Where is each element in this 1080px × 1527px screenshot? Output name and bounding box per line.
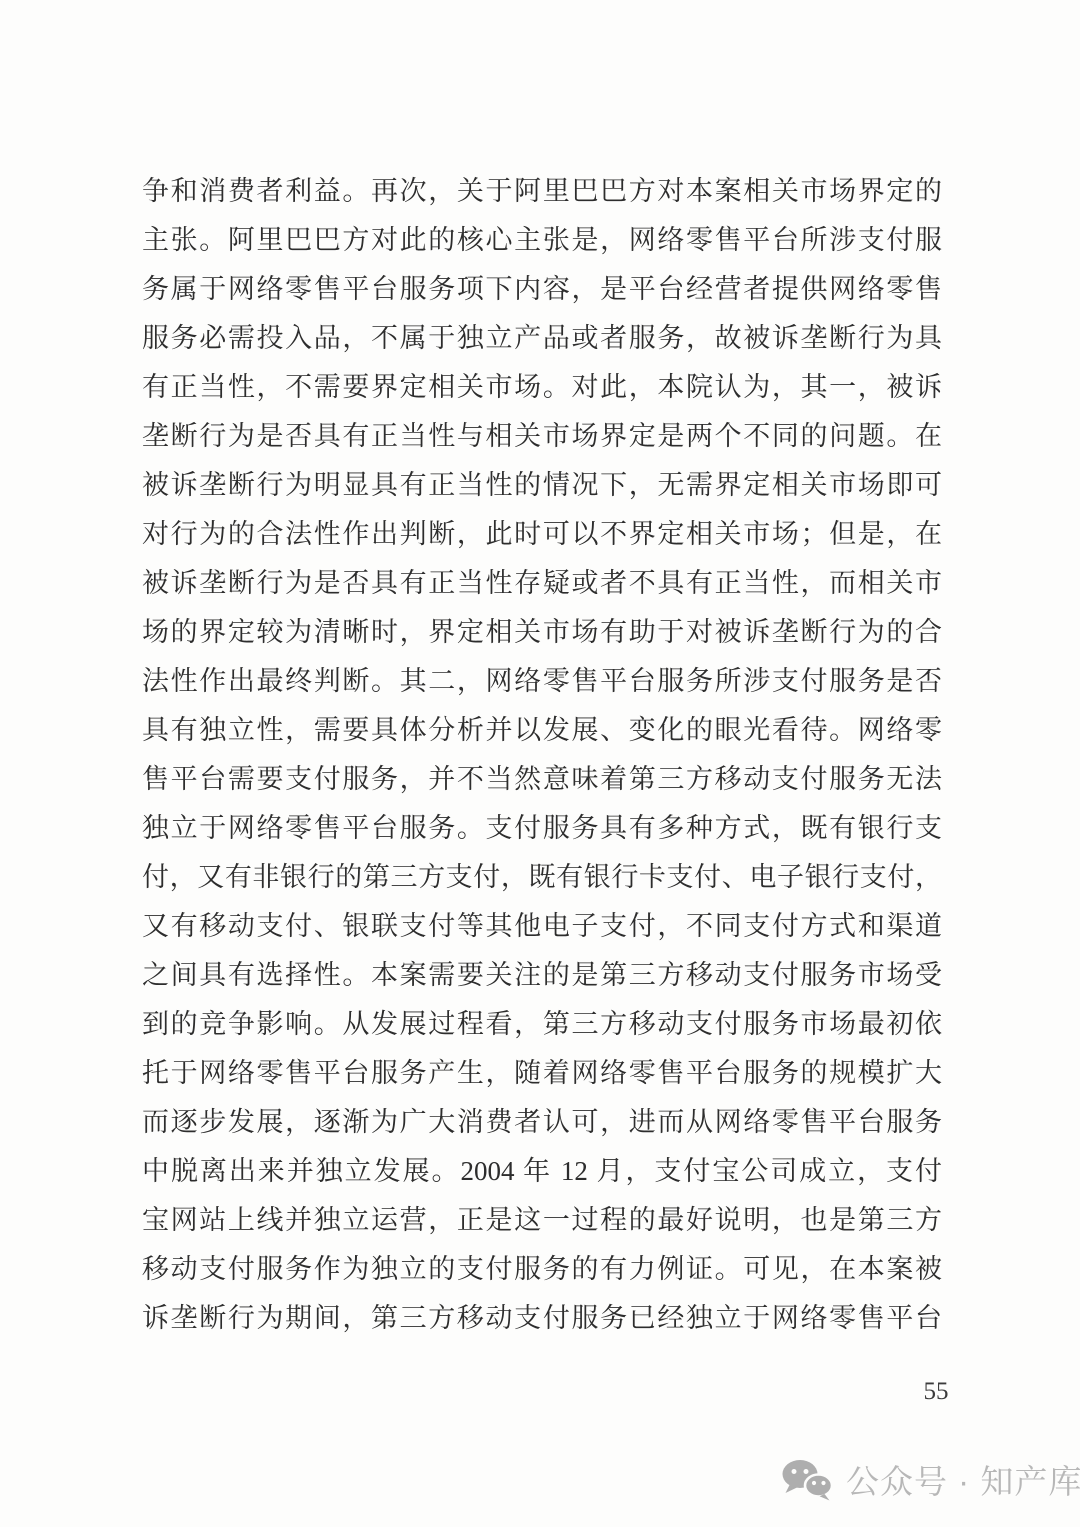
- text-line: 垄断行为是否具有正当性与相关市场界定是两个不同的问题。在: [142, 412, 942, 461]
- text-line: 而逐步发展，逐渐为广大消费者认可，进而从网络零售平台服务: [142, 1098, 942, 1147]
- page-number: 55: [918, 1378, 954, 1406]
- text-line: 诉垄断行为期间，第三方移动支付服务已经独立于网络零售平台: [142, 1294, 942, 1343]
- document-page: 争和消费者利益。再次，关于阿里巴巴方对本案相关市场界定的主张。阿里巴巴方对此的核…: [0, 0, 1080, 1527]
- watermark: 公众号 · 知产库: [780, 1456, 1080, 1503]
- text-line: 宝网站上线并独立运营，正是这一过程的最好说明，也是第三方: [142, 1196, 942, 1245]
- text-line: 具有独立性，需要具体分析并以发展、变化的眼光看待。网络零: [142, 706, 942, 755]
- text-line: 争和消费者利益。再次，关于阿里巴巴方对本案相关市场界定的: [142, 167, 942, 216]
- text-line: 中脱离出来并独立发展。2004 年 12 月，支付宝公司成立，支付: [142, 1147, 942, 1196]
- text-line: 到的竞争影响。从发展过程看，第三方移动支付服务市场最初依: [142, 1000, 942, 1049]
- wechat-icon: [780, 1459, 834, 1501]
- text-line: 移动支付服务作为独立的支付服务的有力例证。可见，在本案被: [142, 1245, 942, 1294]
- text-line: 场的界定较为清晰时，界定相关市场有助于对被诉垄断行为的合: [142, 608, 942, 657]
- text-line: 有正当性，不需要界定相关市场。对此，本院认为，其一，被诉: [142, 363, 942, 412]
- watermark-label: 公众号 · 知产库: [846, 1456, 1080, 1503]
- text-line: 之间具有选择性。本案需要关注的是第三方移动支付服务市场受: [142, 951, 942, 1000]
- text-line: 主张。阿里巴巴方对此的核心主张是，网络零售平台所涉支付服: [142, 216, 942, 265]
- text-line: 对行为的合法性作出判断，此时可以不界定相关市场；但是，在: [142, 510, 942, 559]
- text-line: 付，又有非银行的第三方支付，既有银行卡支付、电子银行支付，: [142, 853, 942, 902]
- judgment-text: 争和消费者利益。再次，关于阿里巴巴方对本案相关市场界定的主张。阿里巴巴方对此的核…: [142, 167, 942, 1343]
- text-line: 服务必需投入品，不属于独立产品或者服务，故被诉垄断行为具: [142, 314, 942, 363]
- text-line: 又有移动支付、银联支付等其他电子支付，不同支付方式和渠道: [142, 902, 942, 951]
- text-line: 独立于网络零售平台服务。支付服务具有多种方式，既有银行支: [142, 804, 942, 853]
- text-line: 务属于网络零售平台服务项下内容，是平台经营者提供网络零售: [142, 265, 942, 314]
- text-line: 被诉垄断行为明显具有正当性的情况下，无需界定相关市场即可: [142, 461, 942, 510]
- text-line: 托于网络零售平台服务产生，随着网络零售平台服务的规模扩大: [142, 1049, 942, 1098]
- text-line: 法性作出最终判断。其二，网络零售平台服务所涉支付服务是否: [142, 657, 942, 706]
- text-line: 售平台需要支付服务，并不当然意味着第三方移动支付服务无法: [142, 755, 942, 804]
- text-line: 被诉垄断行为是否具有正当性存疑或者不具有正当性，而相关市: [142, 559, 942, 608]
